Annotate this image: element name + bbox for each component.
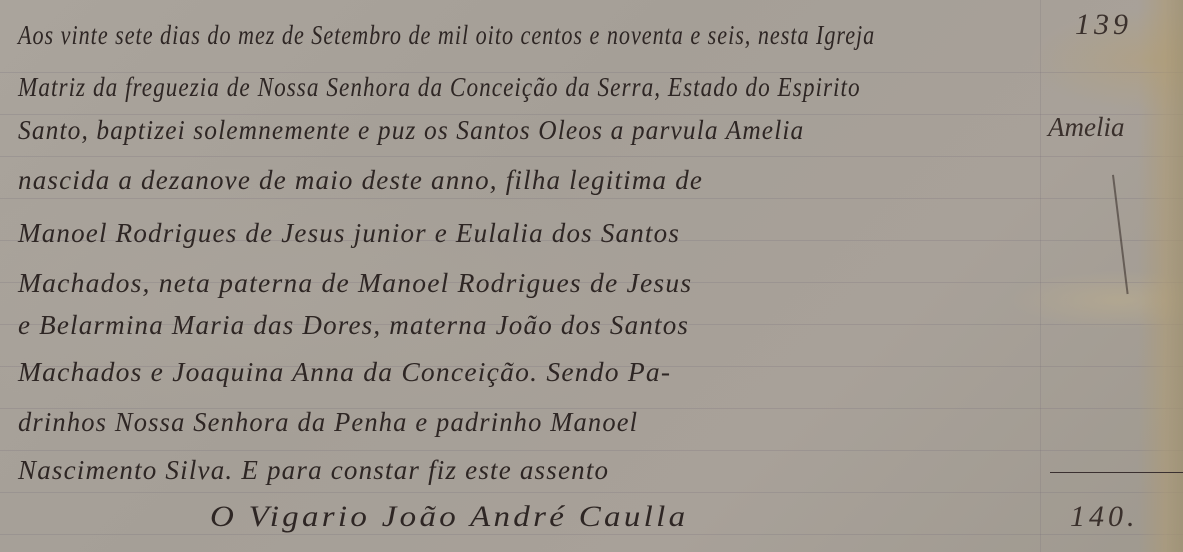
entry-number-140: 140. bbox=[1070, 500, 1139, 534]
text-line-8: Machados e Joaquina Anna da Conceição. S… bbox=[18, 357, 671, 388]
text-line-5: Manoel Rodrigues de Jesus junior e Eulal… bbox=[18, 218, 680, 249]
ruled-line bbox=[0, 492, 1183, 493]
ruled-line bbox=[0, 534, 1183, 535]
text-line-6: Machados, neta paterna de Manoel Rodrigu… bbox=[18, 268, 692, 299]
line-flourish bbox=[1050, 472, 1183, 473]
paper-crease bbox=[1112, 175, 1129, 294]
margin-rule bbox=[1040, 0, 1041, 552]
text-line-10: Nascimento Silva. E para constar fiz est… bbox=[18, 455, 609, 486]
ruled-line bbox=[0, 198, 1183, 199]
margin-name-amelia: Amelia bbox=[1048, 112, 1124, 143]
page-edge-stain bbox=[1138, 0, 1183, 552]
text-line-4: nascida a dezanove de maio deste anno, f… bbox=[18, 165, 703, 196]
signature-line: O Vigario João André Caulla bbox=[210, 500, 688, 534]
manuscript-page: Aos vinte sete dias do mez de Setembro d… bbox=[0, 0, 1183, 552]
text-line-1: Aos vinte sete dias do mez de Setembro d… bbox=[18, 20, 875, 51]
text-line-3: Santo, baptizei solemnemente e puz os Sa… bbox=[18, 115, 804, 146]
text-line-9: drinhos Nossa Senhora da Penha e padrinh… bbox=[18, 407, 638, 438]
text-line-7: e Belarmina Maria das Dores, materna Joã… bbox=[18, 310, 689, 341]
ruled-line bbox=[0, 450, 1183, 451]
text-line-2: Matriz da freguezia de Nossa Senhora da … bbox=[18, 72, 861, 103]
ruled-line bbox=[0, 156, 1183, 157]
entry-number-139: 139 bbox=[1075, 8, 1132, 42]
